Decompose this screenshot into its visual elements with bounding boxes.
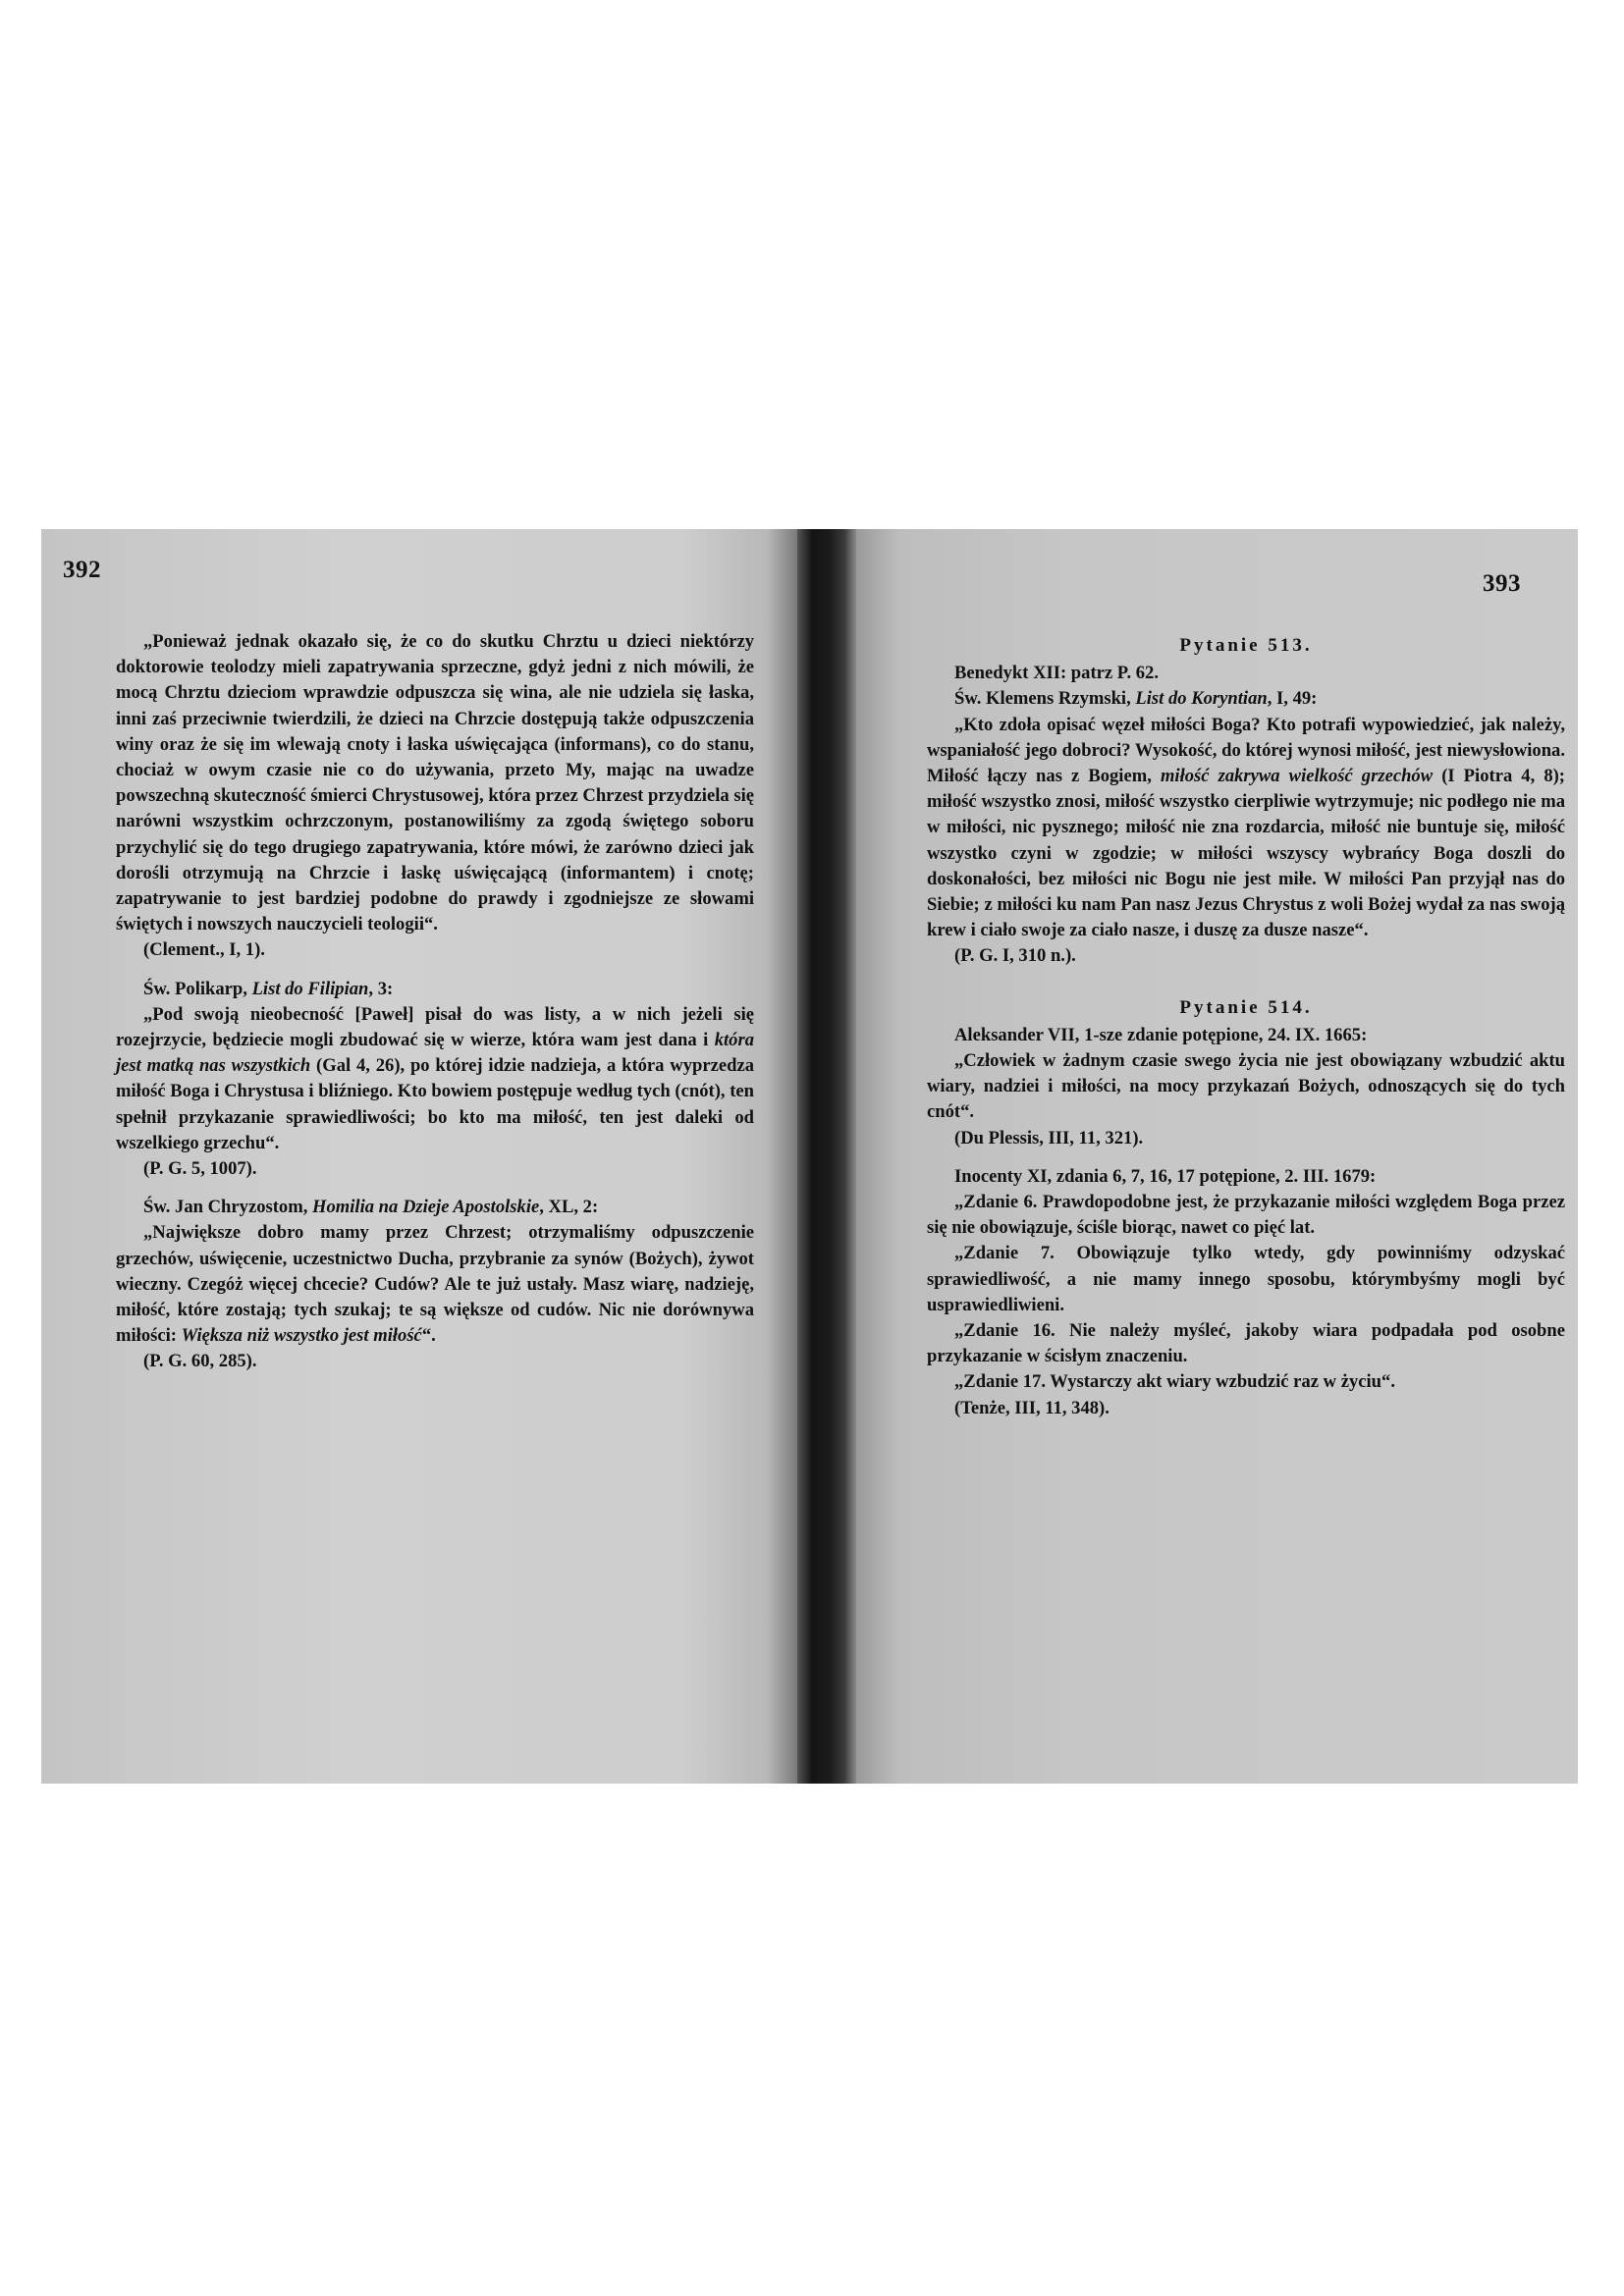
book-spine	[797, 529, 856, 1784]
page-number: 392	[63, 557, 101, 584]
quote-paragraph: „Zdanie 16. Nie należy myśleć, jakoby wi…	[927, 1318, 1565, 1369]
quote-paragraph: „Zdanie 17. Wystarczy akt wiary wzbudzić…	[927, 1369, 1565, 1395]
work-title: Homilia na Dzieje Apostolskie	[312, 1197, 539, 1217]
citation-heading: Św. Klemens Rzymski, List do Koryntian, …	[927, 686, 1565, 712]
section-heading: Pytanie 513.	[927, 633, 1565, 659]
quote-paragraph: „Człowiek w żadnym czasie swego życia ni…	[927, 1048, 1565, 1126]
quote-paragraph: „Zdanie 6. Prawdopodobne jest, że przyka…	[927, 1190, 1565, 1241]
citation-heading: Św. Jan Chryzostom, Homilia na Dzieje Ap…	[116, 1195, 754, 1220]
section-heading: Pytanie 514.	[927, 995, 1565, 1021]
quote-paragraph: „Największe dobro mamy przez Chrzest; ot…	[116, 1220, 754, 1349]
source-reference: (Du Plessis, III, 11, 321).	[927, 1126, 1565, 1151]
document-line: Inocenty XI, zdania 6, 7, 16, 17 potępio…	[927, 1164, 1565, 1190]
source-reference: (Tenże, III, 11, 348).	[927, 1396, 1565, 1421]
left-page: 392 „Ponieważ jednak okazało się, że co …	[41, 529, 797, 1784]
quote-paragraph: „Pod swoją nieobecność [Paweł] pisał do …	[116, 1002, 754, 1156]
page-text: „Ponieważ jednak okazało się, że co do s…	[116, 629, 754, 1375]
work-title: List do Koryntian	[1135, 688, 1267, 709]
source-reference: (P. G. 5, 1007).	[116, 1156, 754, 1182]
quote-paragraph: „Ponieważ jednak okazało się, że co do s…	[116, 629, 754, 937]
page-number: 393	[1483, 570, 1521, 598]
source-reference: (Clement., I, 1).	[116, 937, 754, 963]
document-line: Benedykt XII: patrz P. 62.	[927, 661, 1565, 686]
citation-heading: Św. Polikarp, List do Filipian, 3:	[116, 977, 754, 1002]
document-line: Aleksander VII, 1-sze zdanie potępione, …	[927, 1023, 1565, 1048]
scanned-book-spread: 392 „Ponieważ jednak okazało się, że co …	[41, 529, 1578, 1784]
right-page: 393 Pytanie 513.Benedykt XII: patrz P. 6…	[856, 529, 1578, 1784]
quote-paragraph: „Kto zdoła opisać węzeł miłości Boga? Kt…	[927, 713, 1565, 944]
work-title: List do Filipian	[252, 979, 369, 999]
page-text: Pytanie 513.Benedykt XII: patrz P. 62.Św…	[927, 631, 1565, 1421]
source-reference: (P. G. 60, 285).	[116, 1349, 754, 1374]
source-reference: (P. G. I, 310 n.).	[927, 943, 1565, 969]
quote-paragraph: „Zdanie 7. Obowiązuje tylko wtedy, gdy p…	[927, 1241, 1565, 1318]
